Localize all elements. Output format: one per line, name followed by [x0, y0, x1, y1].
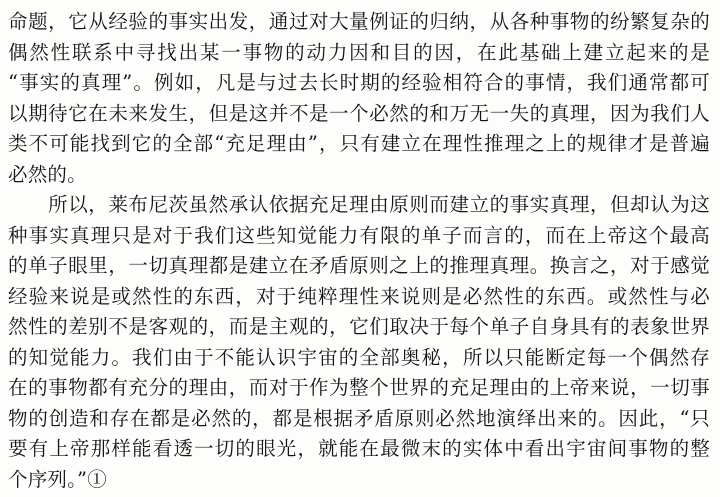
text-line: 要有上帝那样能看透一切的眼光，就能在最微末的实体中看出宇宙间事物的整	[8, 434, 710, 465]
text-line: 的单子眼里，一切真理都是建立在矛盾原则之上的推理真理。换言之，对于感觉	[8, 251, 710, 282]
text-line: “事实的真理”。例如，凡是与过去长时期的经验相符合的事情，我们通常都可	[8, 68, 710, 99]
text-line-paragraph-end-with-footnote-marker: 个序列。”①	[8, 465, 710, 496]
text-line: 在的事物都有充分的理由，而对于作为整个世界的充足理由的上帝来说，一切事	[8, 373, 710, 404]
text-line: 物的创造和存在都是必然的，都是根据矛盾原则必然地演绎出来的。因此，“只	[8, 404, 710, 435]
text-line: 的知觉能力。我们由于不能认识宇宙的全部奥秘，所以只能断定每一个偶然存	[8, 343, 710, 374]
text-line: 类不可能找到它的全部“充足理由”，只有建立在理性推理之上的规律才是普遍	[8, 129, 710, 160]
body-text: 命题，它从经验的事实出发，通过对大量例证的归纳，从各种事物的纷繁复杂的 偶然性联…	[8, 7, 710, 495]
text-line-paragraph-end: 必然的。	[8, 160, 710, 191]
text-line: 种事实真理只是对于我们这些知觉能力有限的单子而言的，而在上帝这个最高	[8, 221, 710, 252]
text-line-paragraph-start: 所以，莱布尼茨虽然承认依据充足理由原则而建立的事实真理，但却认为这	[8, 190, 710, 221]
book-page: 命题，它从经验的事实出发，通过对大量例证的归纳，从各种事物的纷繁复杂的 偶然性联…	[0, 0, 720, 497]
text-line: 然性的差别不是客观的，而是主观的，它们取决于每个单子自身具有的表象世界	[8, 312, 710, 343]
text-line: 偶然性联系中寻找出某一事物的动力因和目的因，在此基础上建立起来的是	[8, 38, 710, 69]
text-line: 以期待它在未来发生，但是这并不是一个必然的和万无一失的真理，因为我们人	[8, 99, 710, 130]
text-line: 经验来说是或然性的东西，对于纯粹理性来说则是必然性的东西。或然性与必	[8, 282, 710, 313]
text-line: 命题，它从经验的事实出发，通过对大量例证的归纳，从各种事物的纷繁复杂的	[8, 7, 710, 38]
